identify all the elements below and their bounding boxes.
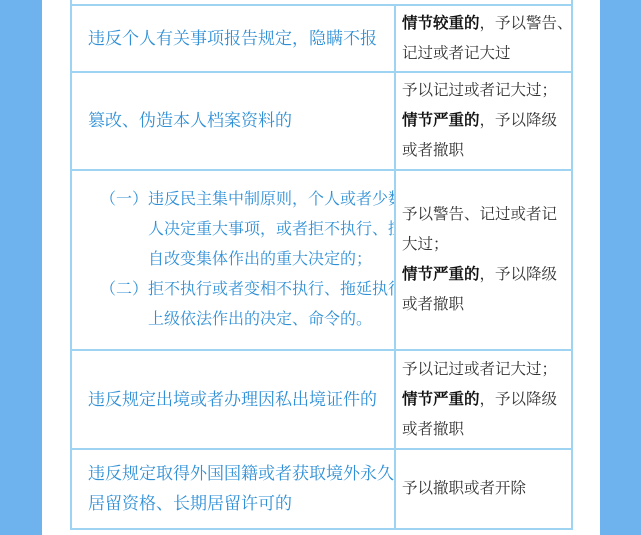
penalty-text: 或者撤职 bbox=[402, 296, 464, 313]
violation-line: 人决定重大事项，或者拒不执行、擅 bbox=[148, 215, 396, 245]
violation-cell: 违反规定出境或者办理因私出境证件的 bbox=[72, 351, 396, 448]
penalty-severity-emphasis: 情节较重的 bbox=[402, 15, 480, 32]
list-item-number: （一） bbox=[100, 185, 148, 215]
violation-cell: 篡改、伪造本人档案资料的 bbox=[72, 73, 396, 169]
penalty-cell: 予以撤职或者开除 bbox=[396, 450, 571, 528]
penalty-cell: 予以记过或者记大过；情节严重的，予以降级或者撤职 bbox=[396, 73, 571, 169]
violation-line: 居留资格、长期居留许可的 bbox=[88, 489, 392, 519]
regulation-table-page: 违反个人有关事项报告规定，隐瞒不报情节较重的，予以警告、记过或者记大过篡改、伪造… bbox=[0, 0, 641, 535]
violation-line: 拒不执行或者变相不执行、拖延执行 bbox=[148, 275, 396, 305]
penalty-text: ，予以降级 bbox=[480, 266, 558, 283]
list-item-text: 违反民主集中制原则，个人或者少数人决定重大事项，或者拒不执行、擅自改变集体作出的… bbox=[148, 185, 396, 275]
table-row: 违反个人有关事项报告规定，隐瞒不报情节较重的，予以警告、记过或者记大过 bbox=[72, 4, 571, 71]
penalty-severity-emphasis: 情节严重的 bbox=[402, 391, 480, 408]
penalty-text: 记过或者记大过 bbox=[402, 45, 511, 62]
penalty-line: 予以撤职或者开除 bbox=[402, 474, 570, 504]
table-row: 违反规定取得外国国籍或者获取境外永久居留资格、长期居留许可的予以撤职或者开除 bbox=[72, 448, 571, 528]
violation-cell: 违反规定取得外国国籍或者获取境外永久居留资格、长期居留许可的 bbox=[72, 450, 396, 528]
penalty-severity-emphasis: 情节严重的 bbox=[402, 266, 480, 283]
penalty-line: 情节严重的，予以降级 bbox=[402, 106, 570, 136]
penalty-line: 大过； bbox=[402, 230, 570, 260]
penalty-text: 或者撤职 bbox=[402, 142, 464, 159]
penalty-line: 情节严重的，予以降级 bbox=[402, 260, 570, 290]
table-row: 篡改、伪造本人档案资料的予以记过或者记大过；情节严重的，予以降级或者撤职 bbox=[72, 71, 571, 169]
penalty-severity-emphasis: 情节严重的 bbox=[402, 112, 480, 129]
violation-list-item: （二）拒不执行或者变相不执行、拖延执行上级依法作出的决定、命令的。 bbox=[88, 275, 392, 335]
penalty-text: 或者撤职 bbox=[402, 421, 464, 438]
penalty-text: ，予以降级 bbox=[480, 112, 558, 129]
list-item-number: （二） bbox=[100, 275, 148, 305]
penalty-line: 或者撤职 bbox=[402, 136, 570, 166]
right-border-band bbox=[600, 0, 641, 535]
penalty-text: 大过； bbox=[402, 236, 449, 253]
violation-line: 违反规定取得外国国籍或者获取境外永久 bbox=[88, 459, 392, 489]
penalty-text: 予以记过或者记大过； bbox=[402, 82, 557, 99]
violation-line: 违反民主集中制原则，个人或者少数 bbox=[148, 185, 396, 215]
penalty-text: 予以撤职或者开除 bbox=[402, 480, 526, 497]
penalty-line: 或者撤职 bbox=[402, 290, 570, 320]
violation-line: 上级依法作出的决定、命令的。 bbox=[148, 305, 396, 335]
penalty-text: ，予以警告、 bbox=[480, 15, 571, 32]
penalty-text: 予以警告、记过或者记 bbox=[402, 206, 557, 223]
penalty-line: 记过或者记大过 bbox=[402, 39, 570, 69]
penalty-text: 予以记过或者记大过； bbox=[402, 361, 557, 378]
list-item-text: 拒不执行或者变相不执行、拖延执行上级依法作出的决定、命令的。 bbox=[148, 275, 396, 335]
violation-line: 违反规定出境或者办理因私出境证件的 bbox=[88, 385, 392, 415]
penalty-line: 予以警告、记过或者记 bbox=[402, 200, 570, 230]
table-row: 违反规定出境或者办理因私出境证件的予以记过或者记大过；情节严重的，予以降级或者撤… bbox=[72, 349, 571, 448]
penalty-line: 予以记过或者记大过； bbox=[402, 355, 570, 385]
penalty-line: 或者撤职 bbox=[402, 415, 570, 445]
violation-cell: （一）违反民主集中制原则，个人或者少数人决定重大事项，或者拒不执行、擅自改变集体… bbox=[72, 171, 396, 349]
penalty-text: ，予以降级 bbox=[480, 391, 558, 408]
penalty-line: 情节较重的，予以警告、 bbox=[402, 9, 570, 39]
table-row: （一）违反民主集中制原则，个人或者少数人决定重大事项，或者拒不执行、擅自改变集体… bbox=[72, 169, 571, 349]
penalty-cell: 予以记过或者记大过；情节严重的，予以降级或者撤职 bbox=[396, 351, 571, 448]
penalty-line: 情节严重的，予以降级 bbox=[402, 385, 570, 415]
violation-cell: 违反个人有关事项报告规定，隐瞒不报 bbox=[72, 6, 396, 71]
left-border-band bbox=[0, 0, 42, 535]
violation-line: 篡改、伪造本人档案资料的 bbox=[88, 106, 392, 136]
violation-line: 自改变集体作出的重大决定的； bbox=[148, 245, 396, 275]
violation-line: 违反个人有关事项报告规定，隐瞒不报 bbox=[88, 24, 392, 54]
violation-list-item: （一）违反民主集中制原则，个人或者少数人决定重大事项，或者拒不执行、擅自改变集体… bbox=[88, 185, 392, 275]
penalty-table: 违反个人有关事项报告规定，隐瞒不报情节较重的，予以警告、记过或者记大过篡改、伪造… bbox=[70, 0, 573, 530]
penalty-cell: 予以警告、记过或者记大过；情节严重的，予以降级或者撤职 bbox=[396, 171, 571, 349]
penalty-line: 予以记过或者记大过； bbox=[402, 76, 570, 106]
penalty-cell: 情节较重的，予以警告、记过或者记大过 bbox=[396, 6, 571, 71]
